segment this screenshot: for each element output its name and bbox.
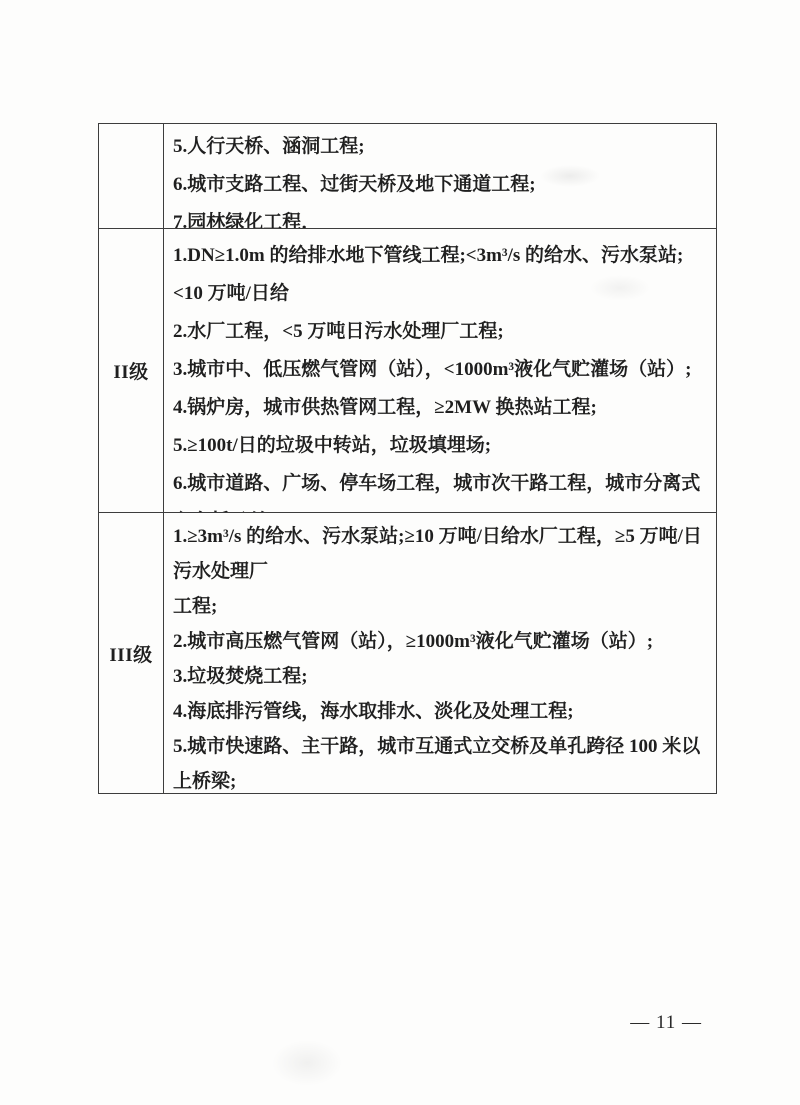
item-line: 5.≥100t/日的垃圾中转站，垃圾填埋场;	[173, 427, 710, 465]
grade-classification-table: 5.人行天桥、涵洞工程;6.城市支路工程、过街天桥及地下通道工程;7.园林绿化工…	[98, 123, 717, 794]
item-line: 3.垃圾焚烧工程;	[173, 659, 710, 694]
page-number: — 11 —	[630, 1012, 702, 1034]
scan-smudge	[272, 1040, 342, 1086]
grade-label-cell: III级	[99, 513, 164, 793]
item-line: 4.海底排污管线，海水取排水、淡化及处理工程;	[173, 694, 710, 729]
items-cell: 1.≥3m³/s 的给水、污水泵站;≥10 万吨/日给水厂工程，≥5 万吨/日污…	[164, 513, 716, 793]
item-line: 5.城市快速路、主干路，城市互通式立交桥及单孔跨径 100 米以上桥梁;	[173, 729, 710, 793]
grade-label-cell	[99, 124, 164, 228]
items-cell: 5.人行天桥、涵洞工程;6.城市支路工程、过街天桥及地下通道工程;7.园林绿化工…	[164, 124, 716, 228]
item-line: 2.水厂工程，<5 万吨日污水处理厂工程;	[173, 313, 710, 351]
item-line: 6.城市支路工程、过街天桥及地下通道工程;	[173, 166, 710, 204]
table-row: 5.人行天桥、涵洞工程;6.城市支路工程、过街天桥及地下通道工程;7.园林绿化工…	[99, 124, 716, 228]
item-line: 1.DN≥1.0m 的给排水地下管线工程;<3m³/s 的给水、污水泵站;<10…	[173, 237, 710, 313]
item-line: 6.城市道路、广场、停车场工程，城市次干路工程，城市分离式立交桥及单 孔跨径 1…	[173, 465, 710, 512]
grade-label-cell: II级	[99, 229, 164, 512]
table-row: III级1.≥3m³/s 的给水、污水泵站;≥10 万吨/日给水厂工程，≥5 万…	[99, 512, 716, 793]
table-row: II级1.DN≥1.0m 的给排水地下管线工程;<3m³/s 的给水、污水泵站;…	[99, 228, 716, 512]
item-line: 3.城市中、低压燃气管网（站），<1000m³液化气贮灌场（站）;	[173, 351, 710, 389]
item-line: 4.锅炉房，城市供热管网工程，≥2MW 换热站工程;	[173, 389, 710, 427]
item-line: 7.园林绿化工程．	[173, 204, 710, 228]
item-line: 2.城市高压燃气管网（站），≥1000m³液化气贮灌场（站）;	[173, 624, 710, 659]
item-line: 5.人行天桥、涵洞工程;	[173, 128, 710, 166]
item-line: 1.≥3m³/s 的给水、污水泵站;≥10 万吨/日给水厂工程，≥5 万吨/日污…	[173, 519, 710, 624]
items-cell: 1.DN≥1.0m 的给排水地下管线工程;<3m³/s 的给水、污水泵站;<10…	[164, 229, 716, 512]
